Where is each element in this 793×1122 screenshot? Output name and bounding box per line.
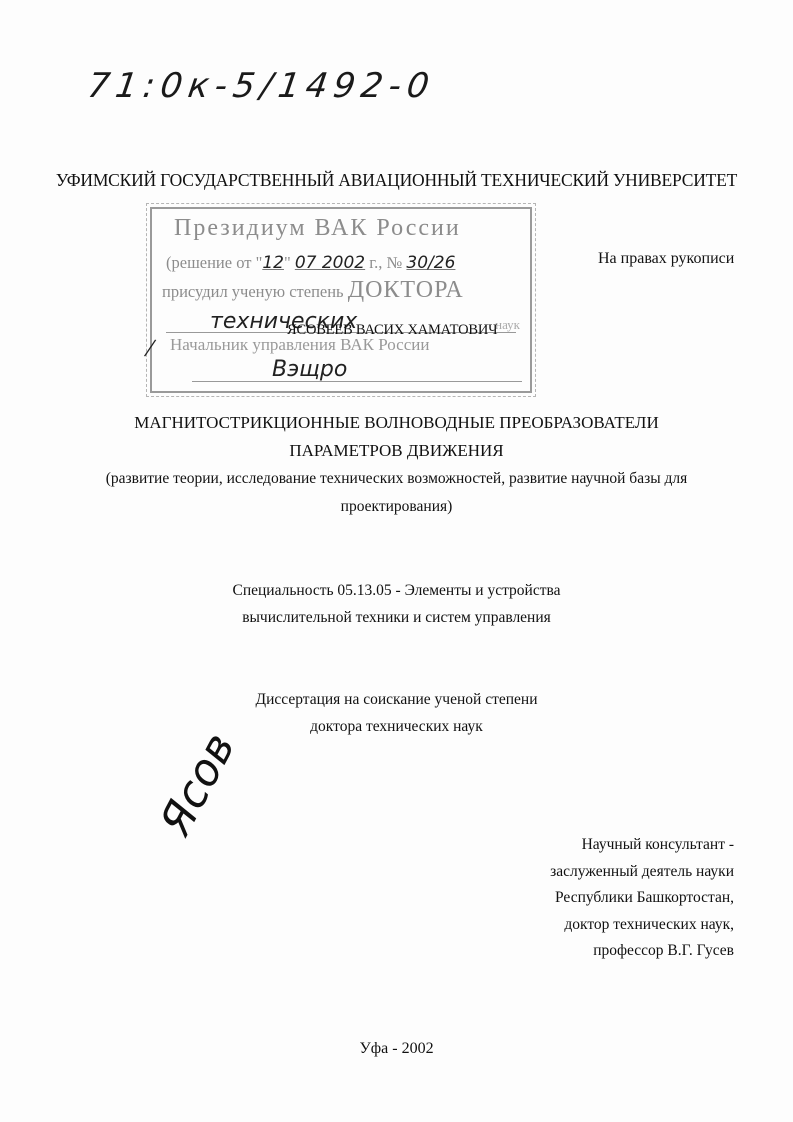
city-year: Уфа - 2002: [0, 1040, 793, 1058]
title-line-1: МАГНИТОСТРИКЦИОННЫЕ ВОЛНОВОДНЫЕ ПРЕОБРАЗ…: [0, 413, 793, 433]
dissertation-line-1: Диссертация на соискание ученой степени: [0, 691, 793, 709]
rights-note: На правах рукописи: [598, 250, 734, 268]
stamp-awarded: присудил ученую степень ДОКТОРА: [162, 277, 464, 304]
checkmark-icon: /: [142, 333, 158, 366]
stamp-title: Президиум ВАК России: [174, 215, 461, 242]
stamp-decision-mid: ": [284, 253, 291, 272]
consultant-line: Республики Башкортостан,: [550, 885, 734, 912]
stamp-decision-number: 30/26: [406, 253, 455, 273]
stamp-nauk: наук: [495, 317, 520, 333]
stamp-signature-line: [192, 381, 522, 382]
archive-code-handwritten: 71:0к-5/1492-0: [85, 66, 437, 106]
consultant-line: профессор В.Г. Гусев: [550, 938, 734, 965]
consultant-block: Научный консультант - заслуженный деятел…: [550, 832, 734, 965]
specialty-line-1: Специальность 05.13.05 - Элементы и устр…: [0, 582, 793, 600]
subtitle-line-2: проектирования): [0, 498, 793, 516]
stamp-decision-day: 12: [262, 253, 284, 273]
stamp-decision-suffix: г., №: [369, 253, 402, 272]
consultant-line: заслуженный деятель науки: [550, 859, 734, 886]
author-name: ЯСОВЕЕВ ВАСИХ ХАМАТОВИЧ: [287, 322, 497, 339]
vak-stamp: Президиум ВАК России (решение от "12" 07…: [150, 207, 532, 393]
stamp-decision: (решение от "12" 07 2002 г., № 30/26: [166, 253, 455, 273]
subtitle-line-1: (развитие теории, исследование техническ…: [0, 470, 793, 488]
stamp-decision-month-year: 07 2002: [295, 253, 365, 273]
consultant-line: Научный консультант -: [550, 832, 734, 859]
stamp-decision-prefix: (решение от ": [166, 253, 262, 272]
consultant-line: доктор технических наук,: [550, 912, 734, 939]
specialty-line-2: вычислительной техники и систем управлен…: [0, 609, 793, 627]
stamp-degree: ДОКТОРА: [348, 277, 464, 303]
author-signature: Ясов: [150, 725, 246, 844]
stamp-signature: Вэщро: [272, 357, 347, 382]
dissertation-line-2: доктора технических наук: [0, 718, 793, 736]
university-name: УФИМСКИЙ ГОСУДАРСТВЕННЫЙ АВИАЦИОННЫЙ ТЕХ…: [0, 170, 793, 191]
title-line-2: ПАРАМЕТРОВ ДВИЖЕНИЯ: [0, 441, 793, 461]
stamp-awarded-prefix: присудил ученую степень: [162, 282, 344, 301]
